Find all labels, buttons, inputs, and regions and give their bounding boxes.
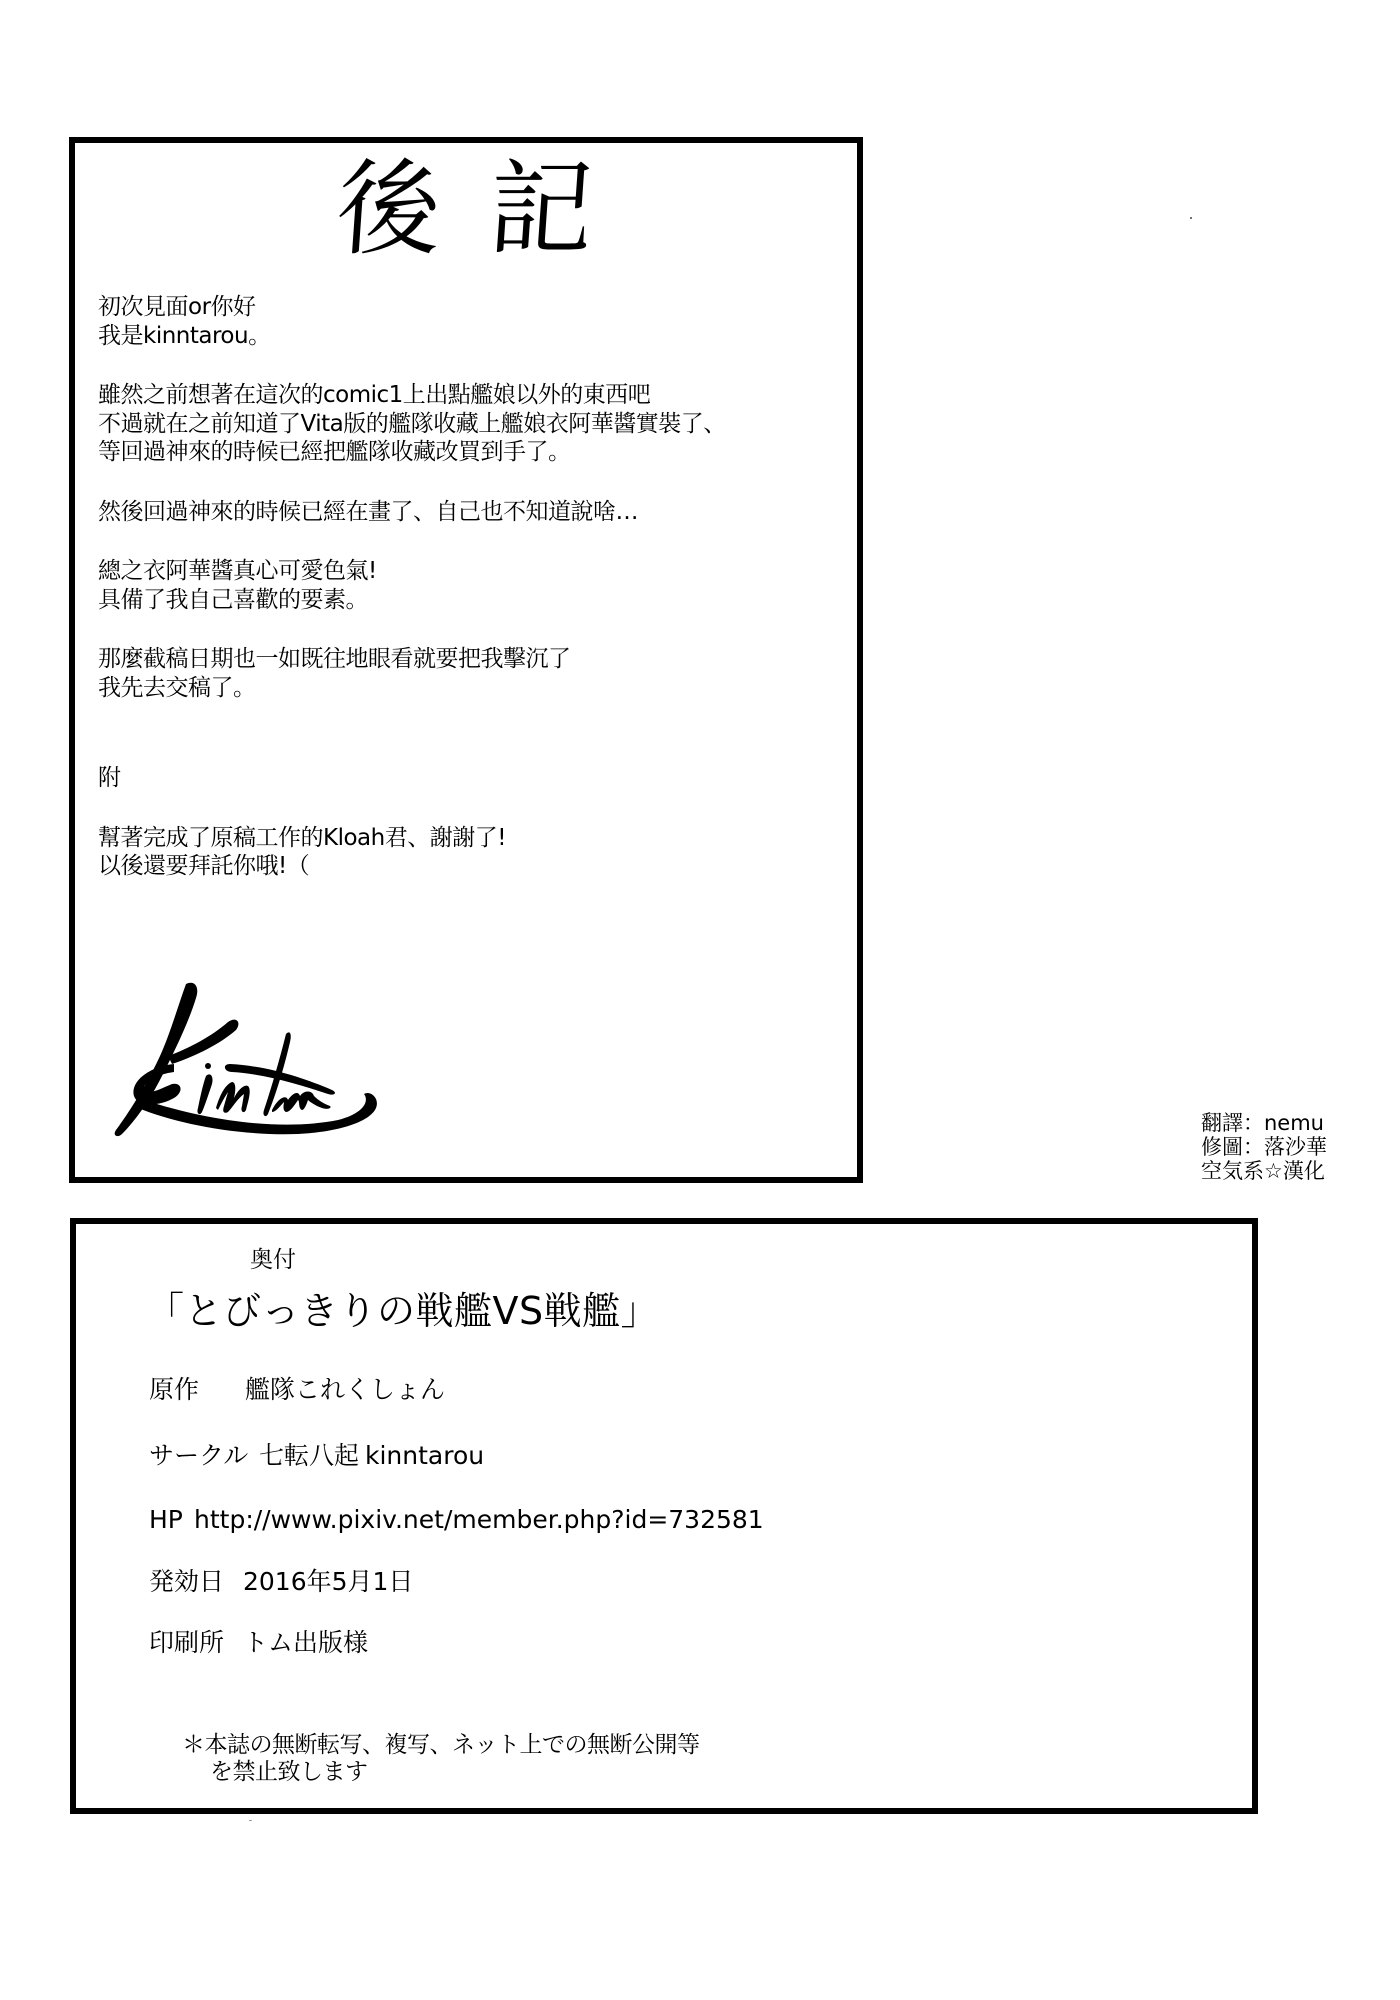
scan-speck	[249, 1820, 252, 1821]
field-value-author: kinntarou	[365, 1441, 484, 1471]
field-value: 艦隊これくしょん	[245, 1375, 445, 1405]
afterword-line: 以後還要拜託你哦!（	[98, 852, 838, 881]
field-circle: サークル 七転八起 kinntarou	[149, 1441, 248, 1471]
afterword-line: 我先去交稿了。	[98, 674, 838, 703]
afterword-line: 不過就在之前知道了Vita版的艦隊收藏上艦娘衣阿華醬實裝了、	[98, 410, 838, 439]
afterword-title: 後記	[333, 149, 645, 269]
field-label: 印刷所	[149, 1628, 224, 1658]
afterword-paragraph: 雖然之前想著在這次的comic1上出點艦娘以外的東西吧 不過就在之前知道了Vit…	[98, 381, 838, 467]
credit-editor: 修圖：落沙華	[1201, 1135, 1327, 1159]
credit-group: 空気系☆漢化	[1201, 1159, 1327, 1183]
credit-translator: 翻譯：nemu	[1201, 1111, 1327, 1135]
disclaimer-line: を禁止致します	[182, 1759, 700, 1786]
afterword-line: 總之衣阿華醬真心可愛色氣!	[98, 557, 838, 586]
field-label: 原作	[149, 1375, 199, 1405]
afterword-body: 初次見面or你好 我是kinntarou。 雖然之前想著在這次的comic1上出…	[98, 293, 838, 912]
field-label: HP	[149, 1505, 183, 1535]
copyright-disclaimer: ＊本誌の無断転写、複写、ネット上での無断公開等 を禁止致します	[182, 1732, 700, 1786]
afterword-line: 初次見面or你好	[98, 293, 838, 322]
signature-icon	[108, 972, 398, 1144]
field-value: 七転八起	[259, 1441, 359, 1471]
afterword-paragraph: 幫著完成了原稿工作的Kloah君、謝謝了! 以後還要拜託你哦!（	[98, 824, 838, 881]
field-original-work: 原作 艦隊これくしょん	[149, 1375, 199, 1405]
afterword-line: 等回過神來的時候已經把艦隊收藏改買到手了。	[98, 438, 838, 467]
field-label: 発効日	[149, 1567, 224, 1597]
afterword-line: 具備了我自己喜歡的要素。	[98, 586, 838, 615]
field-printer: 印刷所 トム出版様	[149, 1628, 224, 1658]
afterword-line: 那麼截稿日期也一如既往地眼看就要把我擊沉了	[98, 645, 838, 674]
colophon-heading: 奥付	[250, 1246, 296, 1274]
translation-credits: 翻譯：nemu 修圖：落沙華 空気系☆漢化	[1201, 1111, 1327, 1183]
colophon-panel: 奥付 「とびっきりの戦艦VS戦艦」 原作 艦隊これくしょん サークル 七転八起 …	[70, 1218, 1258, 1814]
afterword-line: 附	[98, 764, 838, 793]
afterword-line: 我是kinntarou。	[98, 322, 838, 351]
disclaimer-line: ＊本誌の無断転写、複写、ネット上での無断公開等	[182, 1732, 700, 1759]
afterword-line: 幫著完成了原稿工作的Kloah君、謝謝了!	[98, 824, 838, 853]
field-homepage: HP http://www.pixiv.net/member.php?id=73…	[149, 1505, 183, 1535]
afterword-paragraph: 初次見面or你好 我是kinntarou。	[98, 293, 838, 350]
afterword-postscript-heading: 附	[98, 764, 838, 793]
afterword-paragraph: 總之衣阿華醬真心可愛色氣! 具備了我自己喜歡的要素。	[98, 557, 838, 614]
afterword-paragraph: 然後回過神來的時候已經在畫了、自己也不知道說啥…	[98, 498, 838, 527]
field-issue-date: 発効日 2016年5月1日	[149, 1567, 224, 1597]
scan-speck	[1190, 217, 1192, 219]
afterword-line: 雖然之前想著在這次的comic1上出點艦娘以外的東西吧	[98, 381, 838, 410]
afterword-line: 然後回過神來的時候已經在畫了、自己也不知道說啥…	[98, 498, 838, 527]
afterword-paragraph: 那麼截稿日期也一如既往地眼看就要把我擊沉了 我先去交稿了。	[98, 645, 838, 702]
afterword-panel: 後記 初次見面or你好 我是kinntarou。 雖然之前想著在這次的comic…	[69, 137, 863, 1183]
book-title: 「とびっきりの戦艦VS戦艦」	[146, 1288, 659, 1334]
field-value: 2016年5月1日	[243, 1567, 413, 1597]
field-label: サークル	[149, 1441, 248, 1471]
field-value: トム出版様	[243, 1628, 368, 1658]
homepage-url: http://www.pixiv.net/member.php?id=73258…	[194, 1505, 764, 1535]
